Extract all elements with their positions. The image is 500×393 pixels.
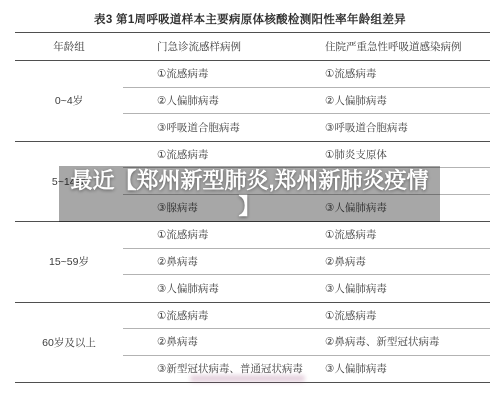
table-row: ①流感病毒 ①流感病毒 (123, 222, 490, 249)
watermark-overlay: 最近【郑州新型肺炎,郑州新肺炎疫情 】 (59, 166, 440, 222)
pathogen-cell-hospitalized: ②鼻病毒、新型冠状病毒 (325, 334, 490, 349)
age-section-60-plus: 60岁及以上 ①流感病毒 ①流感病毒 ②鼻病毒 ②鼻病毒、新型冠状病毒 ③新型冠… (15, 303, 490, 384)
watermark-text-line2: 】 (238, 194, 260, 220)
pathogen-cell-hospitalized: ①流感病毒 (325, 66, 490, 81)
pathogen-cell-hospitalized: ③人偏肺病毒 (325, 361, 490, 376)
pathogen-cell-hospitalized: ②鼻病毒 (325, 254, 490, 269)
pathogen-cell-outpatient: ③新型冠状病毒、普通冠状病毒 (123, 361, 325, 376)
pathogen-cell-outpatient: ②鼻病毒 (123, 254, 325, 269)
pathogen-cell-outpatient: ③呼吸道合胞病毒 (123, 120, 325, 135)
figure-title: 表3 第1周呼吸道样本主要病原体核酸检测阳性率年龄组差异 (0, 11, 500, 27)
table-row: ①流感病毒 ①流感病毒 (123, 303, 490, 330)
pathogen-cell-hospitalized: ①肺炎支原体 (325, 147, 490, 162)
table-row: ③新型冠状病毒、普通冠状病毒 ③人偏肺病毒 (123, 356, 490, 383)
table-header-row: 年龄组 门急诊流感样病例 住院严重急性呼吸道感染病例 (15, 32, 490, 61)
pathogen-cell-hospitalized: ①流感病毒 (325, 227, 490, 242)
table-row: ③人偏肺病毒 ③人偏肺病毒 (123, 275, 490, 302)
age-section-15-59: 15~59岁 ①流感病毒 ①流感病毒 ②鼻病毒 ②鼻病毒 ③人偏肺病毒 ③人偏肺… (15, 222, 490, 303)
pathogen-cell-hospitalized: ②人偏肺病毒 (325, 93, 490, 108)
pathogen-cell-outpatient: ②鼻病毒 (123, 334, 325, 349)
table-figure-image: 表3 第1周呼吸道样本主要病原体核酸检测阳性率年龄组差异 年龄组 门急诊流感样病… (0, 0, 500, 393)
age-group-label: 0~4岁 (15, 61, 123, 141)
header-age-group: 年龄组 (15, 39, 123, 54)
pathogen-cell-outpatient: ①流感病毒 (123, 147, 325, 162)
pathogen-cell-outpatient: ①流感病毒 (123, 227, 325, 242)
pathogen-cell-outpatient: ①流感病毒 (123, 308, 325, 323)
table-row: ①流感病毒 ①肺炎支原体 (123, 142, 490, 169)
table-row: ③呼吸道合胞病毒 ③呼吸道合胞病毒 (123, 114, 490, 141)
pathogen-cell-outpatient: ①流感病毒 (123, 66, 325, 81)
pathogen-cell-hospitalized: ③人偏肺病毒 (325, 281, 490, 296)
watermark-text-line1: 最近【郑州新型肺炎,郑州新肺炎疫情 (70, 168, 428, 194)
header-outpatient-cases: 门急诊流感样病例 (123, 39, 325, 54)
age-group-label: 60岁及以上 (15, 303, 123, 383)
table-row: ②鼻病毒 ②鼻病毒、新型冠状病毒 (123, 329, 490, 356)
table-row: ②人偏肺病毒 ②人偏肺病毒 (123, 88, 490, 115)
pathogen-cell-hospitalized: ①流感病毒 (325, 308, 490, 323)
table-row: ①流感病毒 ①流感病毒 (123, 61, 490, 88)
pathogen-cell-hospitalized: ③呼吸道合胞病毒 (325, 120, 490, 135)
age-section-0-4: 0~4岁 ①流感病毒 ①流感病毒 ②人偏肺病毒 ②人偏肺病毒 ③呼吸道合胞病毒 … (15, 61, 490, 142)
table-row: ②鼻病毒 ②鼻病毒 (123, 249, 490, 276)
header-hospitalized-cases: 住院严重急性呼吸道感染病例 (325, 39, 490, 54)
age-group-label: 15~59岁 (15, 222, 123, 302)
pathogen-cell-outpatient: ②人偏肺病毒 (123, 93, 325, 108)
watermark-remnant-smudge (190, 375, 305, 382)
pathogen-cell-outpatient: ③人偏肺病毒 (123, 281, 325, 296)
